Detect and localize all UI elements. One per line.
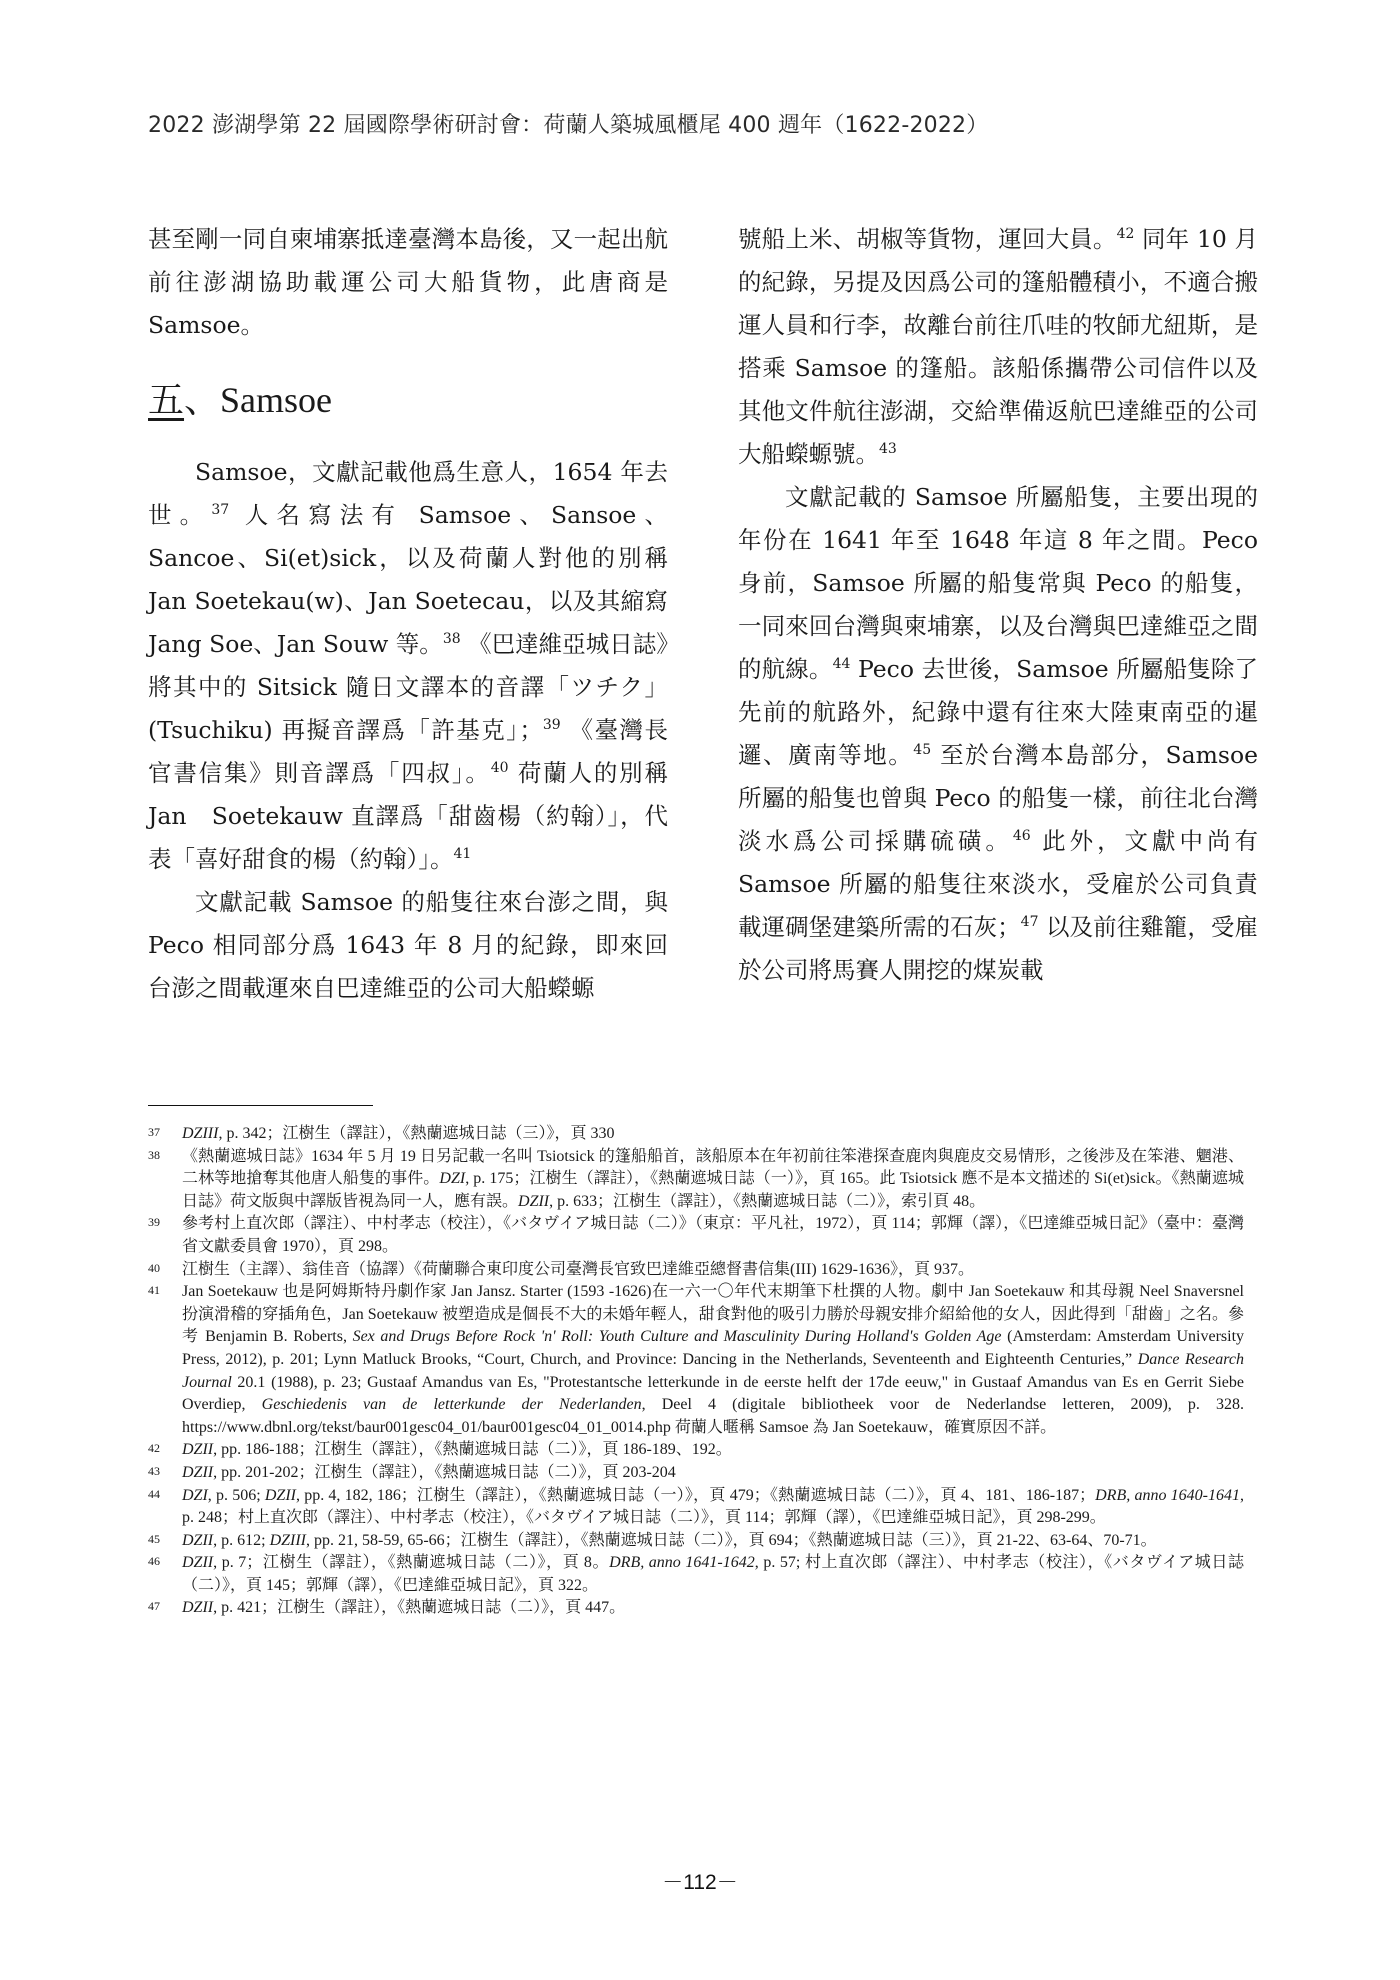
footnote-item: 45DZII, p. 612; DZIII, pp. 21, 58-59, 65… — [148, 1530, 1244, 1553]
footnote-number: 46 — [148, 1552, 182, 1597]
left-column: 甚至剛一同自柬埔寨抵達臺灣本島後，又一起出航前往澎湖協助載運公司大船貨物，此唐商… — [148, 218, 668, 1010]
footnote-number: 42 — [148, 1439, 182, 1462]
section-number: 五 — [148, 380, 184, 420]
paragraph: 文獻記載的 Samsoe 所屬船隻，主要出現的年份在 1641 年至 1648 … — [738, 476, 1258, 992]
footnote-item: 47DZII, p. 421；江樹生（譯註），《熱蘭遮城日誌（二）》，頁 447… — [148, 1597, 1244, 1620]
footnotes-list: 37DZIII, p. 342；江樹生（譯註），《熱蘭遮城日誌（三）》，頁 33… — [148, 1123, 1244, 1620]
footnote-ref[interactable]: 45 — [913, 742, 931, 758]
footnote-ref[interactable]: 46 — [1013, 828, 1031, 844]
footnote-ref[interactable]: 43 — [879, 441, 897, 457]
footnote-number: 41 — [148, 1281, 182, 1439]
footnote-ref[interactable]: 38 — [443, 631, 461, 647]
footnote-item: 43DZII, pp. 201-202；江樹生（譯註），《熱蘭遮城日誌（二）》，… — [148, 1462, 1244, 1485]
footnote-ref[interactable]: 39 — [543, 717, 561, 733]
footnote-number: 45 — [148, 1530, 182, 1553]
body-columns: 甚至剛一同自柬埔寨抵達臺灣本島後，又一起出航前往澎湖協助載運公司大船貨物，此唐商… — [148, 218, 1258, 1010]
footnote-text: 參考村上直次郎（譯注）、中村孝志（校注），《バタヴイア城日誌（二）》（東京：平凡… — [182, 1213, 1244, 1258]
footnote-item: 41Jan Soetekauw 也是阿姆斯特丹劇作家 Jan Jansz. St… — [148, 1281, 1244, 1439]
footnote-text: DZII, p. 7；江樹生（譯註），《熱蘭遮城日誌（二）》，頁 8。DRB, … — [182, 1552, 1244, 1597]
footnote-number: 44 — [148, 1485, 182, 1530]
footnote-number: 39 — [148, 1213, 182, 1258]
page-number: －112－ — [0, 1866, 1400, 1896]
footnote-item: 38《熱蘭遮城日誌》1634 年 5 月 19 日另記載一名叫 Tsiotsic… — [148, 1146, 1244, 1214]
right-column: 號船上米、胡椒等貨物，運回大員。42 同年 10 月的紀錄，另提及因爲公司的篷船… — [738, 218, 1258, 1010]
footnote-ref[interactable]: 41 — [454, 846, 472, 862]
paragraph: 甚至剛一同自柬埔寨抵達臺灣本島後，又一起出航前往澎湖協助載運公司大船貨物，此唐商… — [148, 218, 668, 347]
section-heading: 五、Samsoe — [148, 375, 668, 425]
paragraph: 號船上米、胡椒等貨物，運回大員。42 同年 10 月的紀錄，另提及因爲公司的篷船… — [738, 218, 1258, 476]
footnote-item: 37DZIII, p. 342；江樹生（譯註），《熱蘭遮城日誌（三）》，頁 33… — [148, 1123, 1244, 1146]
footnote-text: DZI, p. 506; DZII, pp. 4, 182, 186；江樹生（譯… — [182, 1485, 1244, 1530]
paragraph: Samsoe，文獻記載他爲生意人，1654 年去世。37 人名寫法有 Samso… — [148, 451, 668, 881]
footnote-item: 44DZI, p. 506; DZII, pp. 4, 182, 186；江樹生… — [148, 1485, 1244, 1530]
footnote-text: DZII, p. 421；江樹生（譯註），《熱蘭遮城日誌（二）》，頁 447。 — [182, 1597, 1244, 1620]
text-run: 號船上米、胡椒等貨物，運回大員。 — [738, 225, 1117, 253]
footnote-ref[interactable]: 44 — [833, 656, 851, 672]
footnote-separator — [148, 1105, 373, 1106]
section-name: Samsoe — [220, 380, 332, 420]
footnote-number: 38 — [148, 1146, 182, 1214]
footnote-item: 42DZII, pp. 186-188；江樹生（譯註），《熱蘭遮城日誌（二）》，… — [148, 1439, 1244, 1462]
footnote-text: DZII, pp. 186-188；江樹生（譯註），《熱蘭遮城日誌（二）》，頁 … — [182, 1439, 1244, 1462]
footnote-ref[interactable]: 40 — [491, 760, 509, 776]
footnote-text: 《熱蘭遮城日誌》1634 年 5 月 19 日另記載一名叫 Tsiotsick … — [182, 1146, 1244, 1214]
footnote-number: 47 — [148, 1597, 182, 1620]
footnote-item: 39參考村上直次郎（譯注）、中村孝志（校注），《バタヴイア城日誌（二）》（東京：… — [148, 1213, 1244, 1258]
running-header: 2022 澎湖學第 22 屆國際學術研討會：荷蘭人築城風櫃尾 400 週年（16… — [148, 108, 1258, 139]
footnote-text: DZII, pp. 201-202；江樹生（譯註），《熱蘭遮城日誌（二）》，頁 … — [182, 1462, 1244, 1485]
footnote-number: 43 — [148, 1462, 182, 1485]
footnote-ref[interactable]: 37 — [211, 502, 229, 518]
paragraph: 文獻記載 Samsoe 的船隻往來台澎之間，與 Peco 相同部分爲 1643 … — [148, 881, 668, 1010]
footnote-text: 江樹生（主譯）、翁佳音（協譯）《荷蘭聯合東印度公司臺灣長官致巴達維亞總督書信集(… — [182, 1259, 1244, 1282]
text-run: 文獻記載的 Samsoe 所屬船隻，主要出現的年份在 1641 年至 1648 … — [738, 483, 1258, 683]
footnote-item: 40江樹生（主譯）、翁佳音（協譯）《荷蘭聯合東印度公司臺灣長官致巴達維亞總督書信… — [148, 1259, 1244, 1282]
text-run: 同年 10 月的紀錄，另提及因爲公司的篷船體積小，不適合搬運人員和行李，故離台前… — [738, 225, 1258, 468]
footnote-text: DZII, p. 612; DZIII, pp. 21, 58-59, 65-6… — [182, 1530, 1244, 1553]
footnote-ref[interactable]: 47 — [1021, 914, 1039, 930]
footnote-ref[interactable]: 42 — [1117, 226, 1135, 242]
footnote-text: Jan Soetekauw 也是阿姆斯特丹劇作家 Jan Jansz. Star… — [182, 1281, 1244, 1439]
footnote-text: DZIII, p. 342；江樹生（譯註），《熱蘭遮城日誌（三）》，頁 330 — [182, 1123, 1244, 1146]
footnote-number: 37 — [148, 1123, 182, 1146]
footnote-number: 40 — [148, 1259, 182, 1282]
section-separator: 、 — [184, 380, 220, 420]
footnote-item: 46DZII, p. 7；江樹生（譯註），《熱蘭遮城日誌（二）》，頁 8。DRB… — [148, 1552, 1244, 1597]
